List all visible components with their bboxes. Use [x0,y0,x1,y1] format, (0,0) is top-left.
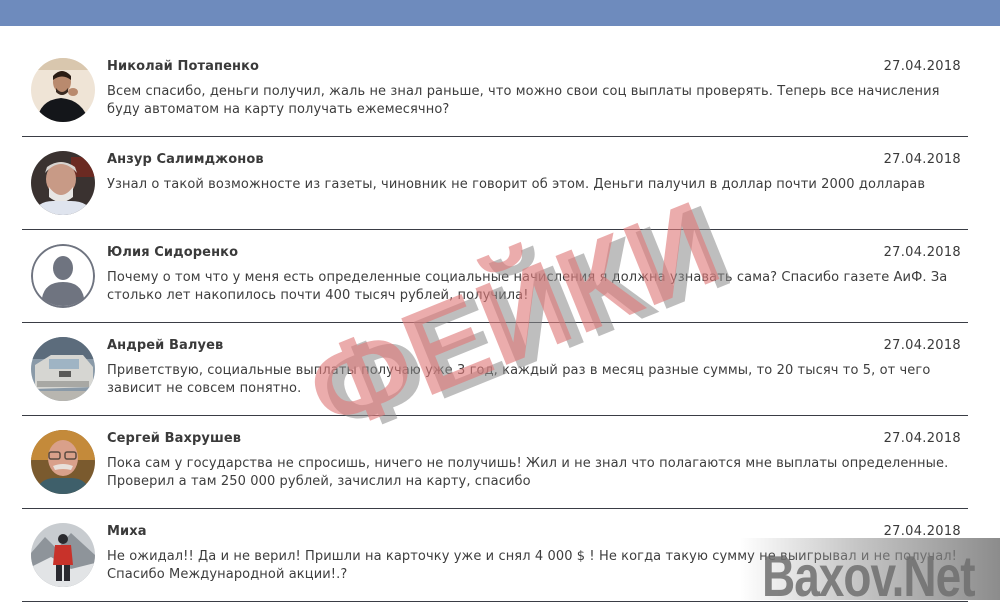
user-photo-icon [31,523,95,587]
review-date: 27.04.2018 [884,152,961,167]
review-date: 27.04.2018 [884,431,961,446]
avatar[interactable] [31,244,95,308]
reviews-list: Николай Потапенко 27.04.2018 Всем спасиб… [22,44,968,602]
user-photo-icon [31,337,95,401]
review-text: Всем спасибо, деньги получил, жаль не зн… [107,83,967,119]
review-text: Пока сам у государства не спросишь, ниче… [107,455,967,491]
review-item: Сергей Вахрушев 27.04.2018 Пока сам у го… [22,416,968,509]
review-item: Андрей Валуев 27.04.2018 Приветствую, со… [22,323,968,416]
reviewer-name: Николай Потапенко [107,59,259,74]
review-item: Юлия Сидоренко 27.04.2018 Почему о том ч… [22,230,968,323]
review-item: Анзур Салимджонов 27.04.2018 Узнал о так… [22,137,968,230]
reviewer-name: Миха [107,524,147,539]
review-date: 27.04.2018 [884,338,961,353]
review-date: 27.04.2018 [884,245,961,260]
review-text: Приветствую, социальные выплаты получаю … [107,362,967,398]
avatar[interactable] [31,151,95,215]
review-date: 27.04.2018 [884,59,961,74]
review-date: 27.04.2018 [884,524,961,539]
review-text: Узнал о такой возможносте из газеты, чин… [107,176,967,194]
reviewer-name: Андрей Валуев [107,338,223,353]
user-photo-icon [31,430,95,494]
avatar[interactable] [31,430,95,494]
user-photo-icon [31,58,95,122]
reviewer-name: Юлия Сидоренко [107,245,238,260]
avatar[interactable] [31,58,95,122]
review-text: Не ожидал!! Да и не верил! Пришли на кар… [107,548,967,584]
review-item: Николай Потапенко 27.04.2018 Всем спасиб… [22,44,968,137]
user-photo-icon [31,151,95,215]
avatar[interactable] [31,523,95,587]
reviewer-name: Анзур Салимджонов [107,152,264,167]
reviewer-name: Сергей Вахрушев [107,431,241,446]
default-user-icon [31,244,95,308]
avatar[interactable] [31,337,95,401]
review-item: Миха 27.04.2018 Не ожидал!! Да и не вери… [22,509,968,602]
review-text: Почему о том что у меня есть определенны… [107,269,967,305]
top-header-bar [0,0,1000,26]
